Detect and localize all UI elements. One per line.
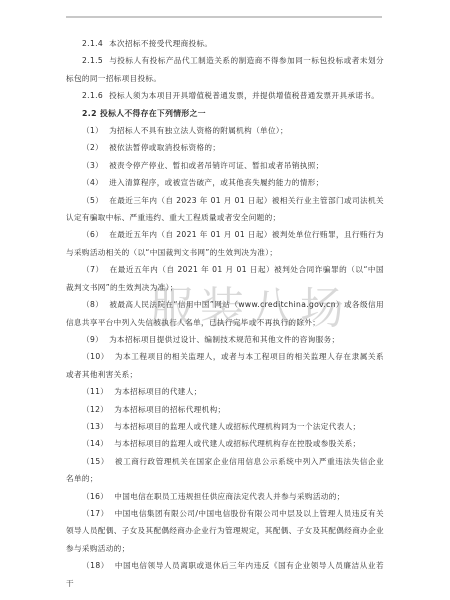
list-item-12: （12）为本招标项目的招标代理机构； <box>66 401 384 418</box>
list-item-4: （4）进入清算程序，或被宣告破产，或其他丧失履约能力的情形； <box>66 174 384 191</box>
item-number: （14） <box>82 439 108 448</box>
item-number: （1） <box>82 126 103 135</box>
clause-text: 与投标人有投标产品代工制造关系的制造商不得参加同一标包投标或者未划分标包的同一招… <box>66 56 384 82</box>
item-text: 为本工程项目的相关监理人，或者与本工程项目的相关监理人存在隶属关系或者其他利害关… <box>66 352 384 378</box>
list-item-10: （10）为本工程项目的相关监理人，或者与本工程项目的相关监理人存在隶属关系或者其… <box>66 348 384 383</box>
clause-2-1-5: 2.1.5与投标人有投标产品代工制造关系的制造商不得参加同一标包投标或者未划分标… <box>66 52 384 87</box>
item-number: （11） <box>82 387 108 396</box>
list-item-3: （3）被责令停产停业、暂扣或者吊销许可证、暂扣或者吊销执照； <box>66 157 384 174</box>
list-item-5: （5）在最近三年内（自 2023 年 01 月 01 日起）被相关行业主管部门或… <box>66 192 384 227</box>
clause-number: 2.1.6 <box>82 91 103 100</box>
section-heading-2-2: 2.2 投标人不得存在下列情形之一 <box>66 105 384 122</box>
list-item-14: （14）与本招标项目的监理人或代建人或招标代理机构存在控股或参股关系； <box>66 435 384 452</box>
item-text: 在最近三年内（自 2023 年 01 月 01 日起）被相关行业主管部门或司法机… <box>66 196 384 222</box>
item-text: 为本招标项目的代建人； <box>114 387 201 396</box>
list-item-13: （13）与本招标项目的监理人或代建人或招标代理机构同为一个法定代表人； <box>66 418 384 435</box>
item-text: 为招标人不具有独立法人资格的附属机构（单位）； <box>109 126 288 135</box>
item-number: （18） <box>82 561 109 570</box>
list-item-16: （16）中国电信在职员工违规担任供应商法定代表人并参与采购活动的； <box>66 488 384 505</box>
list-item-8: （8）被最高人民法院在“信用中国”网站（www.creditchina.gov.… <box>66 296 384 331</box>
item-text: 被最高人民法院在“信用中国”网站（www.creditchina.gov.cn）… <box>66 300 384 326</box>
item-text: 中国电信领导人员离职或退休后三年内违反《国有企业领导人员廉洁从业若干 <box>66 561 384 587</box>
item-text: 中国电信集团有限公司/中国电信股份有限公司中层及以上管理人员违反有关领导人员配偶… <box>66 509 384 553</box>
item-number: （10） <box>82 352 109 361</box>
item-text: 与本招标项目的监理人或代建人或招标代理机构同为一个法定代表人； <box>114 422 360 431</box>
item-number: （5） <box>82 196 103 205</box>
list-item-18: （18）中国电信领导人员离职或退休后三年内违反《国有企业领导人员廉洁从业若干 <box>66 557 384 592</box>
clause-2-1-4: 2.1.4本次招标不接受代理商投标。 <box>66 35 384 52</box>
header-divider <box>66 16 382 18</box>
section-title: 投标人不得存在下列情形之一 <box>100 109 206 118</box>
list-item-2: （2）被依法暂停或取消投标资格的； <box>66 139 384 156</box>
clause-number: 2.1.5 <box>82 56 103 65</box>
document-page: 2.1.4本次招标不接受代理商投标。 2.1.5与投标人有投标产品代工制造关系的… <box>66 35 384 592</box>
item-text: 在最近五年内（自 2021 年 01 月 01 日起）被判处单位行贿罪，且行贿行… <box>66 230 384 256</box>
clause-number: 2.1.4 <box>82 39 103 48</box>
item-number: （15） <box>82 457 109 466</box>
item-text: 被依法暂停或取消投标资格的； <box>109 143 220 152</box>
item-text: 为本招标项目提供过设计、编制技术规范和其他文件的咨询服务； <box>109 335 339 344</box>
item-number: （2） <box>82 143 103 152</box>
item-text: 进入清算程序，或被宣告破产，或其他丧失履约能力的情形； <box>109 178 323 187</box>
list-item-17: （17）中国电信集团有限公司/中国电信股份有限公司中层及以上管理人员违反有关领导… <box>66 505 384 557</box>
item-number: （16） <box>82 492 108 501</box>
item-number: （4） <box>82 178 103 187</box>
list-item-1: （1）为招标人不具有独立法人资格的附属机构（单位）； <box>66 122 384 139</box>
list-item-11: （11）为本招标项目的代建人； <box>66 383 384 400</box>
clause-2-1-6: 2.1.6投标人须为本项目开具增值税普通发票，并提供增值税普通发票开具承诺书。 <box>66 87 384 104</box>
item-number: （17） <box>82 509 109 518</box>
item-number: （7） <box>82 265 104 274</box>
item-number: （9） <box>82 335 103 344</box>
item-number: （13） <box>82 422 108 431</box>
item-text: 为本招标项目的招标代理机构； <box>114 405 225 414</box>
item-text: 被责令停产停业、暂扣或者吊销许可证、暂扣或者吊销执照； <box>109 161 323 170</box>
item-number: （3） <box>82 161 103 170</box>
item-text: 被工商行政管理机关在国家企业信用信息公示系统中列入严重违法失信企业名单的； <box>66 457 384 483</box>
clause-text: 本次招标不接受代理商投标。 <box>109 39 212 48</box>
item-text: 与本招标项目的监理人或代建人或招标代理机构存在控股或参股关系； <box>114 439 360 448</box>
list-item-15: （15）被工商行政管理机关在国家企业信用信息公示系统中列入严重违法失信企业名单的… <box>66 453 384 488</box>
list-item-6: （6）在最近五年内（自 2021 年 01 月 01 日起）被判处单位行贿罪，且… <box>66 226 384 261</box>
item-text: 中国电信在职员工违规担任供应商法定代表人并参与采购活动的； <box>114 492 344 501</box>
clause-text: 投标人须为本项目开具增值税普通发票，并提供增值税普通发票开具承诺书。 <box>109 91 379 100</box>
item-number: （6） <box>82 230 103 239</box>
section-number: 2.2 <box>82 109 97 118</box>
item-number: （12） <box>82 405 108 414</box>
item-number: （8） <box>82 300 103 309</box>
list-item-7: （7）在最近五年内（自 2021 年 01 月 01 日起）被判处合同诈骗罪的（… <box>66 261 384 296</box>
list-item-9: （9）为本招标项目提供过设计、编制技术规范和其他文件的咨询服务； <box>66 331 384 348</box>
item-text: 在最近五年内（自 2021 年 01 月 01 日起）被判处合同诈骗罪的（以“中… <box>66 265 384 291</box>
